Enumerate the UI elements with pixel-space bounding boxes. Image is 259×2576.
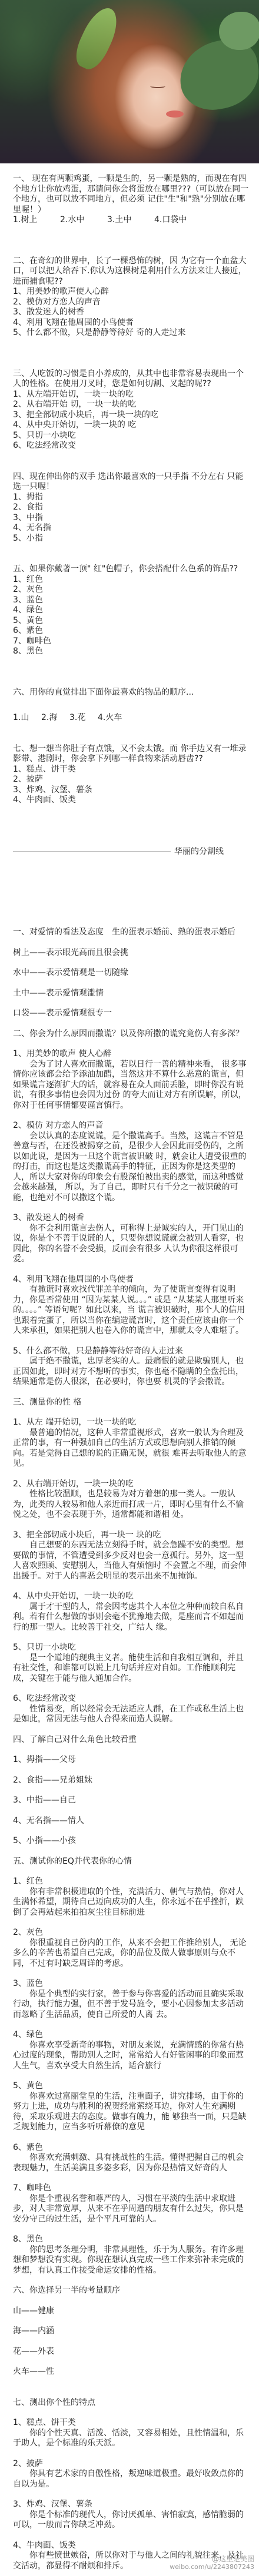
- answer-heading: 4、利用飞翔在他周围的小鸟使者: [13, 1275, 250, 1285]
- question-1: 一、 现在有两颗鸡蛋，一颗是生的，另一颗是熟的，而现在有四个地方让你放鸡蛋，那请…: [13, 174, 250, 226]
- watermark-handle: @这里是美图: [170, 2555, 254, 2563]
- option: 2、模仿对方恋人的声音: [13, 297, 250, 308]
- question-prompt: 七、想一想当你肚子有点饿，又不会太饿。而 你手边又有一堆录影带、港剧时，你会拿下…: [13, 744, 250, 765]
- answer-heading: 3、把全部切成小块后，再一块一 块的吃: [13, 1530, 250, 1541]
- answer-heading: 1、用美妙的歌声 使人心醉: [13, 1049, 250, 1060]
- question-prompt: 四、现在伸出你的双手 选出你最喜欢的一只手指 不分左右 只能选一只喔！: [13, 472, 250, 493]
- option: 4、无名指: [13, 523, 250, 534]
- answer-body: 你具有艺术家的自傲性格，叛逆味道极重。最好收敛点你的自以为是。: [13, 2469, 250, 2490]
- option: 7、咖啡色: [13, 637, 250, 647]
- answer-heading: 4、从中央开始切，一块一块的吃: [13, 1592, 250, 1602]
- answer-heading: 2、灰色: [13, 1928, 250, 1938]
- article-body: 一、 现在有两颗鸡蛋，一颗是生的，另一颗是熟的，而现在有四个地方让你放鸡蛋，那请…: [0, 163, 259, 2571]
- answer-2: 二、你会为什么原因而撒谎？以及你所撒的谎究竟伤人有多深？ 1、用美妙的歌声 使人…: [13, 1029, 250, 1388]
- answer-1: 一、对爱情的看法及态度 生的蛋表示婚前、熟的蛋表示婚后 树上——表示眼光高而且很…: [13, 927, 250, 1019]
- option-row: 1.树上2.水中3.土中4.口袋中: [13, 215, 250, 226]
- option: 3、散发迷人的树香: [13, 307, 250, 318]
- answer-body: 你是个标准的现代人，你讨厌孤单、害怕寂寞，感情脆弱的可以，一般而言你缺乏冲劲。: [13, 2510, 250, 2531]
- answer-title: 四、了解自己对什么角色比较看重: [13, 1735, 250, 1746]
- answer-item: 口袋——表示爱情观很专一: [13, 1009, 250, 1019]
- answer-7: 七、测出你个性的特点 1、糕点、饼干类 你的个性天真、活泼、恬淡，又容易相处，且…: [13, 2398, 250, 2572]
- question-4: 四、现在伸出你的双手 选出你最喜欢的一只手指 不分左右 只能选一只喔！ 1、拇指…: [13, 472, 250, 544]
- answer-heading: 6、吃法经常改变: [13, 1694, 250, 1704]
- answer-item: 4、无名指——情人: [13, 1816, 250, 1827]
- answer-body: 最普遍的情况，这种人非常重视形式，喜欢一般认为合理及正常的事，有一种强加自己的生…: [13, 1428, 250, 1469]
- answer-5: 五、测试你的EQ并代表你的心情 1、红色 你有非常积极进取的个性，充满活力、朝气…: [13, 1857, 250, 2276]
- answer-item: 树上——表示眼光高而且很会挑: [13, 948, 250, 959]
- section-divider: 华丽的分割线: [13, 847, 250, 857]
- answer-heading: 6、紫色: [13, 2143, 250, 2153]
- option: 1.山: [13, 713, 41, 723]
- answer-item: 山——健康: [13, 2306, 250, 2317]
- answer-heading: 8、黑色: [13, 2235, 250, 2245]
- answer-body: 性格比较温顺，也是较易为对方着想的那一类人。一般认为，此类的人较易和他人亲近而打…: [13, 1489, 250, 1520]
- answer-4: 四、了解自己对什么角色比较看重 1、拇指——父母 2、食指——兄弟姐妹 3、中指…: [13, 1735, 250, 1847]
- answer-item: 海——内涵: [13, 2326, 250, 2337]
- answer-heading: 2、从右端开始切，一块一块的吃: [13, 1479, 250, 1490]
- question-3: 三、人吃饭的习惯是自小养成的，从其中也非常容易表现出一个人的性格。在使用刀叉时，…: [13, 369, 250, 451]
- answer-title: 一、对爱情的看法及态度 生的蛋表示婚前、熟的蛋表示婚后: [13, 927, 250, 938]
- answer-body: 属于才干型的人，常会因考虑其个人本位之种种而较自私自利。若有什么想做的事则会毫不…: [13, 1602, 250, 1633]
- answer-body: 属于绝不撒谎，忠厚老实的人。最痛恨的就是欺骗别人，也正因如此，即时对方不想听的事…: [13, 1356, 250, 1388]
- answer-body: 你不会利用谎言去伤人，可称得上是诚实的人，开门见山的说，你是个不善于说谎的人，只…: [13, 1224, 250, 1265]
- answer-body: 你的思考条理分明，非常具理性，乐于为人服务。有许多理想和梦想没有实现。你现在想认…: [13, 2245, 250, 2276]
- option: 3、蓝色: [13, 595, 250, 606]
- answer-title: 五、测试你的EQ并代表你的心情: [13, 1857, 250, 1867]
- answer-heading: 3、散发迷人的树香: [13, 1213, 250, 1224]
- answer-item: 火车——性: [13, 2367, 250, 2377]
- option: 3、炸鸡、汉堡、薯条: [13, 785, 250, 796]
- question-7: 七、想一想当你肚子有点饿，又不会太饿。而 你手边又有一堆录影带、港剧时，你会拿下…: [13, 744, 250, 806]
- answer-body: 有撒谎时喜欢找代罪羔羊的倾向，为了使谎言变得有说明力，你是否常使用 “因为某某人…: [13, 1285, 250, 1336]
- answer-item: 5、小指——小孩: [13, 1836, 250, 1847]
- question-prompt: 二、在奇幻的世界中，长了一棵恐怖的树，因 为它有一个血盆大口，可以把人给吞下.你…: [13, 256, 250, 287]
- answer-6: 六、你选择另一半的考量顺序 山——健康 海——内涵 花——外表 火车——性: [13, 2286, 250, 2377]
- answer-heading: 4、牛肉面、饭类: [13, 2541, 250, 2551]
- answer-heading: 7、咖啡色: [13, 2183, 250, 2194]
- option: 5、小指: [13, 534, 250, 544]
- option: 2、从右端开始 切，一块一块的吃: [13, 400, 250, 410]
- option: 3.花: [69, 713, 98, 723]
- option: 6、吃法经常改变: [13, 441, 250, 451]
- question-2: 二、在奇幻的世界中，长了一棵恐怖的树，因 为它有一个血盆大口，可以把人给吞下.你…: [13, 256, 250, 339]
- divider-rule: [13, 852, 171, 852]
- divider-label: 华丽的分割线: [174, 847, 224, 857]
- question-prompt: 六、用你的直觉排出下面你最喜欢的物品的顺序...: [13, 688, 250, 698]
- option: 4、从中央开始切，一块一块的 吃: [13, 420, 250, 431]
- answer-heading: 5、黄色: [13, 2081, 250, 2092]
- watermark-url: weibo.com/u/2243807243: [170, 2563, 254, 2571]
- answer-body: 会为了讨人喜欢而撒谎，若以日行一善的精神来看， 很多事情你应该都会给予添油加醋，…: [13, 1060, 250, 1111]
- option: 1、糕点、饼干类: [13, 765, 250, 775]
- option: 2、食指: [13, 503, 250, 513]
- option: 2.海: [41, 713, 69, 723]
- option: 4.火车: [98, 713, 122, 723]
- answer-item: 3、中指——自己: [13, 1796, 250, 1806]
- answer-title: 七、测出你个性的特点: [13, 2398, 250, 2408]
- answer-heading: 1、从左 端开始切，一块一块的吃: [13, 1418, 250, 1428]
- answer-body: 你喜欢享受新奇的事物，对朋友来说，充满情感的你常有热心过度的现象，帮助别人之时，…: [13, 2041, 250, 2072]
- answer-title: 三、测量你的性 格: [13, 1398, 250, 1408]
- option-row: 1.山2.海3.花4.火车: [13, 713, 250, 723]
- answer-body: 会以认真的态度说谎，是个撒谎高手。当然，这谎言不管是善意与否，在还没被揭穿之前，…: [13, 1131, 250, 1204]
- option: 5、什么都不做，只是静静等待好 奇的人走过来: [13, 328, 250, 339]
- question-6: 六、用你的直觉排出下面你最喜欢的物品的顺序... 1.山2.海3.花4.火车: [13, 688, 250, 723]
- option: 1、从左端开始切，一块一块的吃: [13, 390, 250, 400]
- answer-item: 土中——表示爱情观滥情: [13, 989, 250, 999]
- answer-body: 是一个道地的现典主义者。能使生活和自我相互调和，并且有社交性，和谁都可以说上几句…: [13, 1653, 250, 1684]
- answer-title: 二、你会为什么原因而撒谎？以及你所撒的谎究竟伤人有多深？: [13, 1029, 250, 1040]
- feather-hairpin: [70, 3, 124, 74]
- answer-body: 你喜欢过富丽堂皇的生活，注重面子，讲究排场，由于你的努力上进，成功与胜利的祝贺经…: [13, 2092, 250, 2133]
- option: 4.口袋中: [154, 215, 187, 226]
- option: 8、黑色: [13, 646, 250, 657]
- option: 4、利用飞翔在他周围的小鸟使者: [13, 318, 250, 329]
- question-prompt: 三、人吃饭的习惯是自小养成的，从其中也非常容易表现出一个人的性格。在使用刀叉时，…: [13, 369, 250, 390]
- option: 5、只切一小块吃: [13, 431, 250, 441]
- answer-body: 你是个典型的实行家，善于参与你喜爱的活动而且确实采取行动，执行能力强，但不善于发…: [13, 1989, 250, 2021]
- question-prompt: 一、 现在有两颗鸡蛋，一颗是生的，另一颗是熟的，而现在有四个地方让你放鸡蛋，那请…: [13, 174, 250, 215]
- answer-item: 1、拇指——父母: [13, 1755, 250, 1766]
- header-photo: [0, 0, 259, 163]
- answer-heading: 2、模仿 对方恋人的声音: [13, 1121, 250, 1131]
- option: 4、绿色: [13, 605, 250, 616]
- option: 3、中指: [13, 513, 250, 524]
- answer-heading: 4、绿色: [13, 2030, 250, 2041]
- answer-body: 你的个性天真、活泼、恬淡，又容易相处，且性情温和，乐于助人，是个标准的乐天派。: [13, 2428, 250, 2449]
- answer-heading: 1、糕点、饼干类: [13, 2418, 250, 2428]
- weibo-watermark: @这里是美图 weibo.com/u/2243807243: [170, 2555, 254, 2571]
- option: 2、披萨: [13, 775, 250, 785]
- option: 2.水中: [60, 215, 107, 226]
- leaf-shape: [219, 12, 259, 50]
- option: 1、拇指: [13, 493, 250, 503]
- answer-heading: 5、只切一小块吃: [13, 1643, 250, 1653]
- option: 5、黄色: [13, 616, 250, 627]
- option: 2、灰色: [13, 585, 250, 595]
- answer-body: 你很重视自己份内的工作，从来不会把工作推给别人， 无论多么的辛苦也希望自己完成，…: [13, 1938, 250, 1969]
- answer-heading: 3、蓝色: [13, 1979, 250, 1989]
- answer-heading: 1、红色: [13, 1877, 250, 1887]
- answer-body: 你有非常积极进取的个性，充满活力、朝气与热情，你对人生满怀希望，期待自己迈向成功…: [13, 1887, 250, 1918]
- option: 3、把全部切成小块后，再一块一块的吃: [13, 410, 250, 421]
- answer-3: 三、测量你的性 格 1、从左 端开始切，一块一块的吃 最普遍的情况，这种人非常重…: [13, 1398, 250, 1725]
- answer-body: 你是个重视名誉和尊严的人，习惯在平淡的生活中求取进步，对人非常宽厚，从来不在乎周…: [13, 2194, 250, 2225]
- answer-title: 六、你选择另一半的考量顺序: [13, 2286, 250, 2296]
- option: 1.树上: [13, 215, 60, 226]
- answer-item: 花——外表: [13, 2347, 250, 2357]
- answer-item: 水中——表示爱情观是一切随缘: [13, 968, 250, 979]
- option: 1、红色: [13, 575, 250, 585]
- lips: [166, 110, 184, 118]
- answer-body: 你喜欢充满刺激、具有挑战性的生活。懂得把握自己的机会表现魅力，生活美满且多姿多彩…: [13, 2153, 250, 2173]
- option: 1、用美妙的歌声使人心醉: [13, 287, 250, 297]
- answer-body: 自己想要的东西无法立刻得手时，就会急躁不安的类型。想要做的事情，不管遭受到多少反…: [13, 1540, 250, 1582]
- answer-item: 2、食指——兄弟姐妹: [13, 1776, 250, 1786]
- closed-eye: [150, 84, 165, 88]
- answer-body: 性情易变，所以经常会无法适应人群，在工作或私生活上也是如此，常因无法与他人合得来…: [13, 1704, 250, 1725]
- option: 4、牛肉面、饭类: [13, 795, 250, 806]
- question-prompt: 五、如果你戴著一顶" 红"色帽子，你会搭配什么色系的饰品??: [13, 564, 250, 575]
- answer-heading: 2、披萨: [13, 2459, 250, 2470]
- question-5: 五、如果你戴著一顶" 红"色帽子，你会搭配什么色系的饰品?? 1、红色 2、灰色…: [13, 564, 250, 657]
- answer-heading: 5、什么都不做，只是静静等待好奇的人走过来: [13, 1346, 250, 1357]
- option: 6、紫色: [13, 626, 250, 637]
- option: 3.土中: [107, 215, 154, 226]
- answer-heading: 3、炸鸡、汉堡、薯条: [13, 2500, 250, 2510]
